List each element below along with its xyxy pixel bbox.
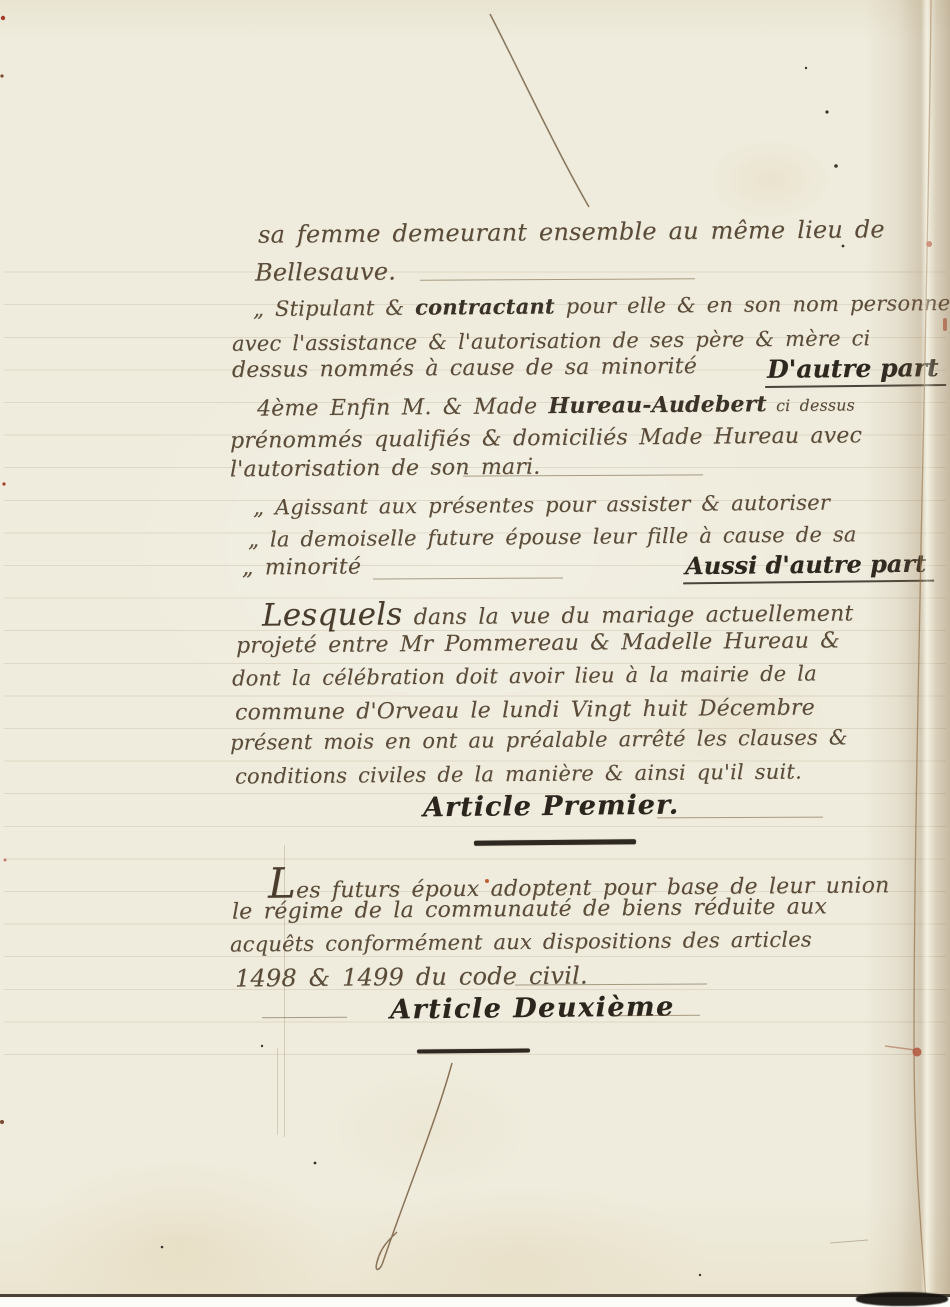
pen-stroke-top <box>490 14 589 207</box>
scanner-background <box>0 1297 950 1307</box>
handwritten-line: 4ème Enfin M. & Made Hureau-Audebert ci … <box>257 391 855 421</box>
text-segment: „ Stipulant & <box>253 296 415 321</box>
text-segment-lesquels: Lesquels <box>262 596 403 633</box>
text-segment-name: Hureau-Audebert <box>548 391 767 419</box>
handwritten-line: l'autorisation de son mari. <box>230 456 541 483</box>
document-page: sa femme demeurant ensemble au même lieu… <box>0 0 950 1297</box>
margin-note-dautre-part: D'autre part <box>765 353 947 388</box>
text-segment: dans la vue du mariage actuellement <box>402 601 853 630</box>
handwritten-line: 1498 & 1499 du code civil. <box>235 962 588 991</box>
handwritten-line: commune d'Orveau le lundi Vingt huit Déc… <box>235 696 815 725</box>
article-premier-heading: Article Premier. <box>423 790 679 824</box>
text-segment: ci dessus <box>767 395 855 415</box>
handwritten-line: conditions civiles de la manière & ainsi… <box>235 761 802 789</box>
article-deuxieme-heading: Article Deuxième <box>390 992 675 1026</box>
text-segment: pour elle & en son nom personnel <box>555 291 950 319</box>
text-segment-correction: contractant <box>415 293 555 319</box>
handwritten-line: sa femme demeurant ensemble au même lieu… <box>258 216 885 248</box>
margin-cross-line <box>277 1048 278 1135</box>
handwritten-line: „ minorité <box>242 555 361 580</box>
handwritten-line: Bellesauve. <box>255 258 396 286</box>
pen-stroke-bottom <box>376 1063 452 1270</box>
text-segment: 4ème Enfin M. & Made <box>257 394 549 422</box>
ink-smudge-bottom-right <box>856 1292 948 1306</box>
margin-note-aussi-dautre-part: Aussi d'autre part <box>683 549 934 585</box>
handwritten-line: Lesquels dans la vue du mariage actuelle… <box>262 593 854 632</box>
handwritten-line: dessus nommés à cause de sa minorité <box>232 355 697 383</box>
scratch-mark <box>830 1240 868 1243</box>
